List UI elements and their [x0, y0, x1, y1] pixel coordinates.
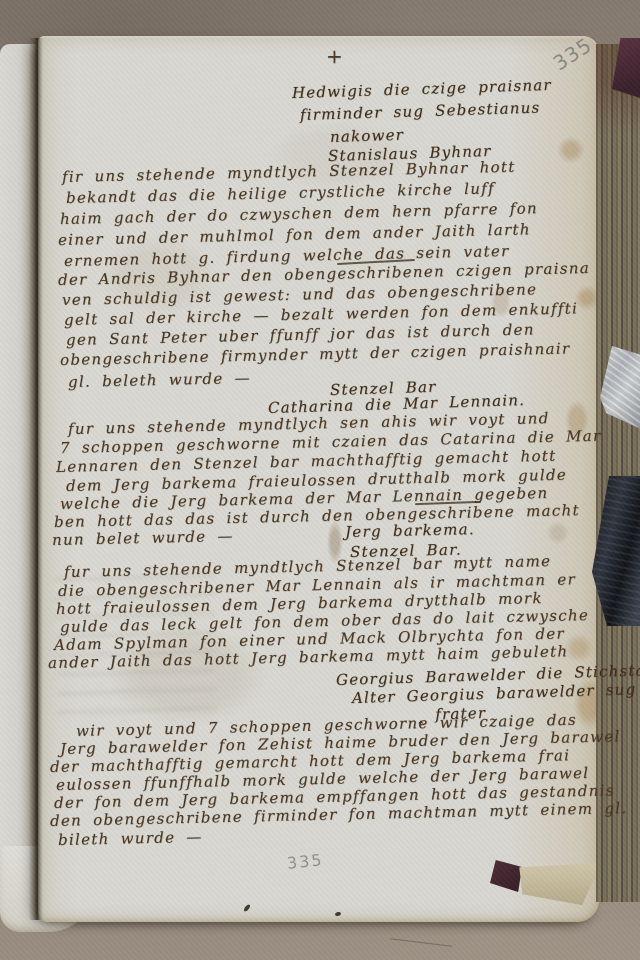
- pencil-folio-number-top: 335: [549, 33, 597, 76]
- text-line: bileth wurde —: [58, 828, 203, 849]
- text-line: gl. beleth wurde —: [68, 369, 251, 391]
- text-line: nun belet wurde —: [52, 527, 234, 549]
- signature-line: Jerg barkema.: [345, 520, 475, 541]
- pencil-folio-number-bottom: 335: [286, 850, 324, 873]
- heading-line: Hedwigis die czige praisnar: [292, 76, 552, 102]
- heading-line: nakower: [330, 126, 405, 146]
- ink-text-layer: 335 335 +Hedwigis die czige praisnarfirm…: [0, 0, 640, 960]
- manuscript-photo: 335 335 +Hedwigis die czige praisnarfirm…: [0, 0, 640, 960]
- cross-mark: +: [326, 44, 343, 68]
- heading-line: firminder sug Sebestianus: [300, 98, 541, 124]
